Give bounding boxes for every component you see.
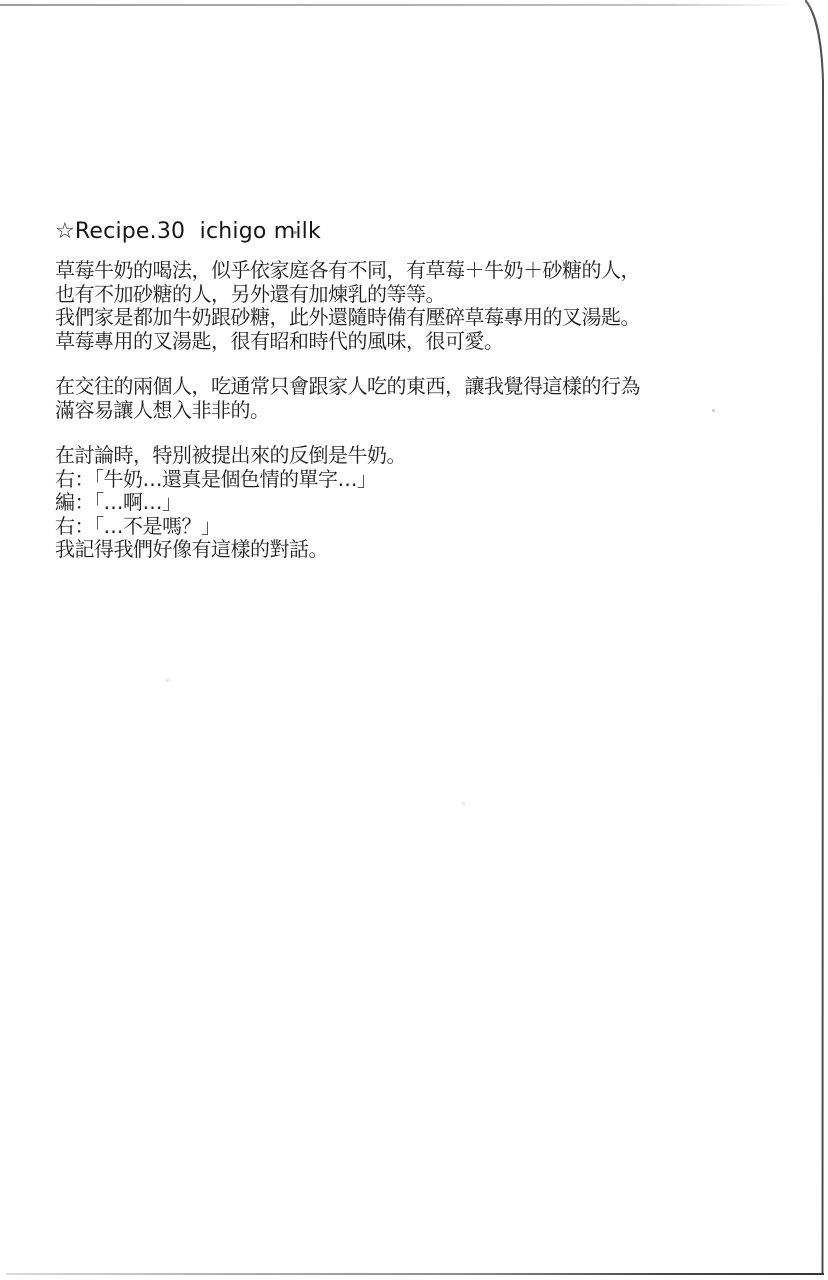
page-text-block: ☆Recipe.30 ichigo milk 草莓牛奶的喝法，似乎依家庭各有不同… — [55, 219, 665, 584]
text-line: 在討論時，特別被提出來的反倒是牛奶。 — [55, 444, 665, 468]
text-line: 我們家是都加牛奶跟砂糖，此外還隨時備有壓碎草莓專用的叉湯匙。 — [55, 306, 665, 330]
text-line: 草莓專用的叉湯匙，很有昭和時代的風味，很可愛。 — [55, 330, 665, 354]
text-line: 滿容易讓人想入非非的。 — [55, 399, 665, 423]
page-right-edge-line — [0, 0, 828, 1280]
scan-artifact-speck — [712, 409, 715, 412]
scanned-book-page: ☆Recipe.30 ichigo milk 草莓牛奶的喝法，似乎依家庭各有不同… — [0, 0, 828, 1280]
recipe-title: ☆Recipe.30 ichigo milk — [55, 219, 665, 245]
page-top-edge-line — [0, 4, 792, 6]
text-line: 在交往的兩個人，吃通常只會跟家人吃的東西，讓我覺得這樣的行為 — [55, 375, 665, 399]
text-line: 也有不加砂糖的人，另外還有加煉乳的等等。 — [55, 283, 665, 307]
paragraph-strawberry-milk: 草莓牛奶的喝法，似乎依家庭各有不同，有草莓＋牛奶＋砂糖的人， 也有不加砂糖的人，… — [55, 259, 665, 353]
paragraph-dialogue: 在討論時，特別被提出來的反倒是牛奶。 右：「牛奶…還真是個色情的單字…」 編：「… — [55, 444, 665, 562]
text-line: 我記得我們好像有這樣的對話。 — [55, 538, 665, 562]
scan-artifact-speck — [166, 679, 169, 682]
page-bottom-edge-line — [6, 1273, 824, 1275]
text-line: 右：「牛奶…還真是個色情的單字…」 — [55, 468, 665, 492]
scan-artifact-speck — [462, 802, 465, 805]
text-line: 草莓牛奶的喝法，似乎依家庭各有不同，有草莓＋牛奶＋砂糖的人， — [55, 259, 665, 283]
text-line: 右：「…不是嗎？」 — [55, 515, 665, 539]
paragraph-couple: 在交往的兩個人，吃通常只會跟家人吃的東西，讓我覺得這樣的行為 滿容易讓人想入非非… — [55, 375, 665, 422]
text-line: 編：「…啊…」 — [55, 491, 665, 515]
